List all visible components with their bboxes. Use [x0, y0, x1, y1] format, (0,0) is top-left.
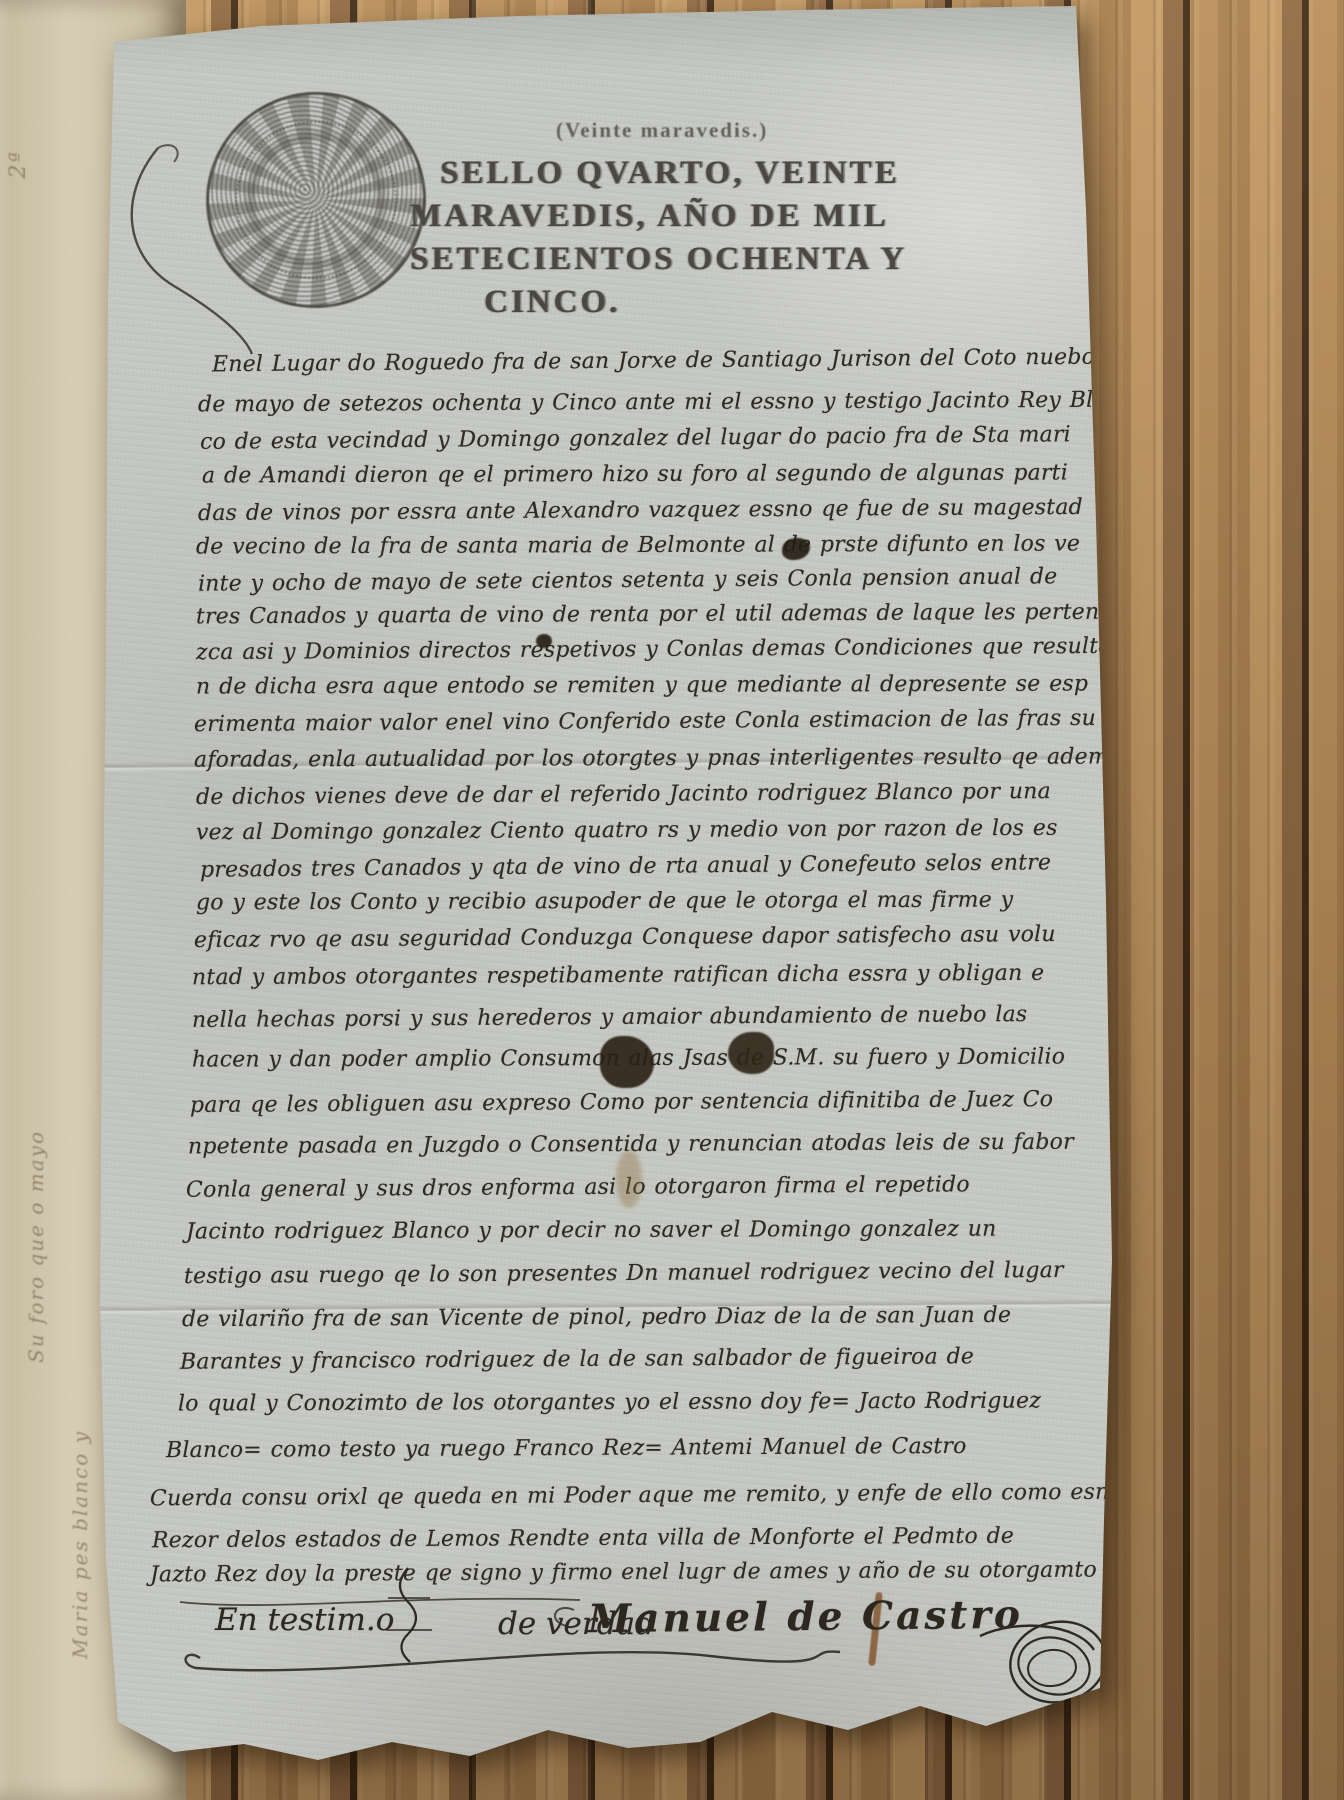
manuscript-line: Conla general y sus dros enforma asi lo …	[186, 1172, 970, 1202]
manuscript-line: aforadas, enla autualidad por los otorgt…	[194, 744, 1134, 772]
photo-canvas: 2ª Su foro que o mayo Maria pes blanco y…	[0, 0, 1344, 1800]
seal-line: CINCO.	[484, 281, 990, 324]
manuscript-line: co de esta vecindad y Domingo gonzalez d…	[200, 422, 1071, 455]
manuscript-line: de dichos vienes deve de dar el referido…	[196, 779, 1051, 810]
manuscript-line: inte y ocho de mayo de sete cientos sete…	[198, 564, 1058, 596]
ink-blot	[600, 1036, 654, 1088]
manuscript-line: Enel Lugar do Roguedo fra de san Jorxe d…	[212, 344, 1202, 378]
manuscript-sheet: (Veinte maravedis.) SELLO QVARTO, VEINTE…	[0, 0, 1344, 1800]
manuscript-line: a de Amandi dieron qe el primero hizo su…	[202, 460, 1068, 488]
manuscript-line: testigo asu ruego qe lo son presentes Dn…	[184, 1258, 1064, 1289]
signature-flourishes	[150, 1540, 1150, 1770]
manuscript-line: go y este los Conto y recibio asupoder d…	[196, 888, 1013, 916]
manuscript-line: eficaz rvo qe asu seguridad Conduzga Con…	[194, 922, 1056, 953]
manuscript-line: presados tres Canados y qta de vino de r…	[200, 850, 1051, 882]
seal-line: SELLO QVARTO, VEINTE	[440, 152, 990, 195]
manuscript-line: erimenta maior valor enel vino Conferido…	[194, 706, 1096, 737]
printed-seal-text: SELLO QVARTO, VEINTE MARAVEDIS, AÑO DE M…	[410, 152, 990, 324]
seal-line: MARAVEDIS, AÑO DE MIL	[410, 195, 990, 238]
manuscript-line: de mayo de setezos ochenta y Cinco ante …	[198, 388, 1121, 418]
opening-pen-flourish	[96, 138, 276, 358]
manuscript-line: Cuerda consu orixl qe queda en mi Poder …	[150, 1480, 1123, 1512]
manuscript-line: tres Canados y quarta de vino de renta p…	[196, 600, 1113, 630]
manuscript-sheet-wrap: (Veinte maravedis.) SELLO QVARTO, VEINTE…	[0, 0, 1344, 1800]
manuscript-line: de vilariño fra de san Vicente de pinol,…	[182, 1303, 1011, 1332]
manuscript-line: ntad y ambos otorgantes respetibamente r…	[192, 961, 1044, 990]
manuscript-line: n de dicha esra aque entodo se remiten y…	[196, 671, 1088, 699]
manuscript-line: zca asi y Dominios directos respetivos y…	[196, 634, 1112, 665]
manuscript-line: das de vinos por essra ante Alexandro va…	[198, 495, 1083, 526]
manuscript-line: Jacinto rodriguez Blanco y por decir no …	[186, 1217, 997, 1245]
manuscript-line: de vecino de la fra de santa maria de Be…	[196, 531, 1080, 559]
manuscript-line: lo qual y Conozimto de los otorgantes yo…	[178, 1388, 1041, 1416]
seal-line: SETECIENTOS OCHENTA Y	[410, 238, 990, 281]
manuscript-line: Barantes y francisco rodriguez de la de …	[180, 1344, 974, 1375]
amber-stain	[616, 1150, 642, 1208]
ink-blot	[536, 634, 552, 648]
manuscript-line: para qe les obliguen asu expreso Como po…	[190, 1087, 1053, 1118]
manuscript-line: vez al Domingo gonzalez Ciento quatro rs…	[196, 816, 1058, 846]
manuscript-line: Blanco= como testo ya ruego Franco Rez= …	[166, 1434, 967, 1463]
printed-tax-line: (Veinte maravedis.)	[556, 118, 768, 143]
manuscript-line: nella hechas porsi y sus herederos y ama…	[192, 1002, 1028, 1033]
ink-blot	[728, 1032, 774, 1074]
